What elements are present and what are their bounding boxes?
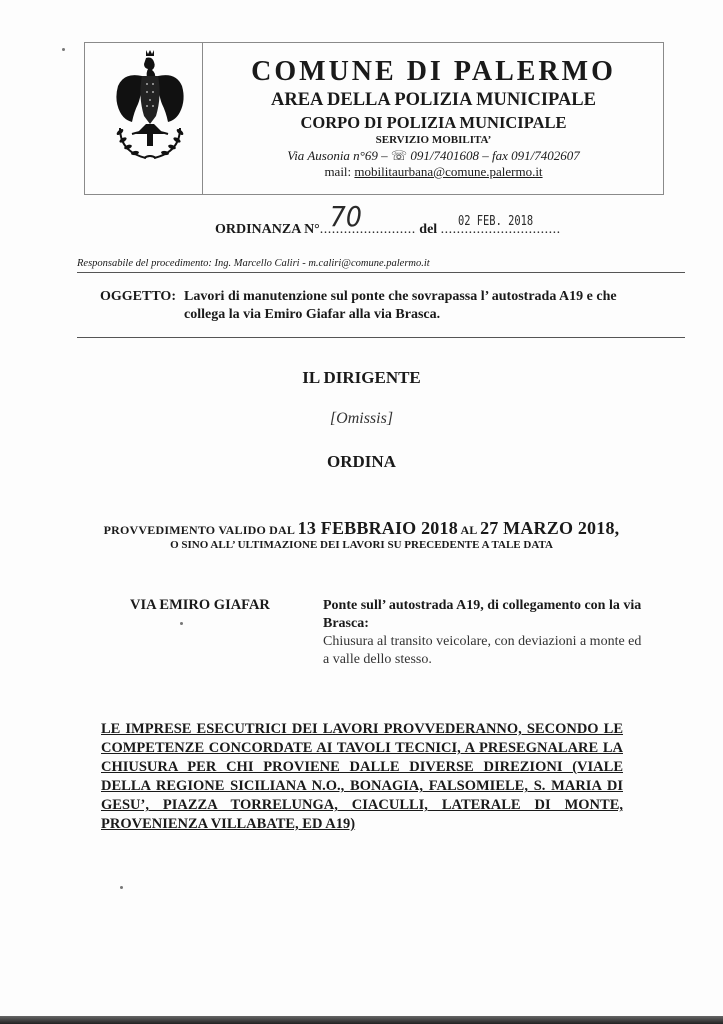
validity-condition: O SINO ALL’ ULTIMAZIONE DEI LAVORI SU PR… (0, 539, 723, 551)
validity-period: PROVVEDIMENTO VALIDO DAL 13 FEBBRAIO 201… (0, 518, 723, 539)
subject-label: OGGETTO: (100, 288, 184, 306)
orders-heading: ORDINA (0, 452, 723, 472)
service-name: SERVIZIO MOBILITA’ (203, 134, 664, 146)
department-area: AREA DELLA POLIZIA MUNICIPALE (203, 90, 664, 111)
measure-description: Chiusura al transito veicolare, con devi… (323, 633, 643, 669)
scan-bottom-edge (0, 1016, 723, 1024)
scan-speck (180, 622, 183, 625)
scan-speck (62, 48, 65, 51)
municipality-title: COMUNE DI PALERMO (203, 56, 664, 88)
validity-from: 13 FEBBRAIO 2018 (298, 518, 458, 538)
phone-fax-text: 091/7401608 – fax 091/7402607 (410, 148, 579, 163)
contact-mail: mail: mobilitaurbana@comune.palermo.it (203, 164, 664, 180)
palermo-eagle-crest-icon (112, 48, 188, 168)
ordinance-label: ORDINANZA N° (215, 222, 320, 237)
address-text: Via Ausonia n°69 – (287, 148, 387, 163)
scan-speck (120, 886, 123, 889)
contractor-notice: LE IMPRESE ESECUTRICI DEI LAVORI PROVVED… (101, 720, 623, 834)
measure-location: Ponte sull’ autostrada A19, di collegame… (323, 597, 643, 633)
divider (77, 337, 685, 338)
omissis-note: [Omissis] (0, 410, 723, 428)
subject-block: OGGETTO:Lavori di manutenzione sul ponte… (100, 288, 660, 324)
street-measure: Ponte sull’ autostrada A19, di collegame… (323, 597, 643, 669)
validity-mid: AL (460, 523, 476, 537)
date-label: del (419, 222, 437, 237)
validity-prefix: PROVVEDIMENTO VALIDO DAL (104, 523, 295, 537)
director-heading: IL DIRIGENTE (0, 368, 723, 388)
subject-line-1: Lavori di manutenzione sul ponte che sov… (184, 289, 617, 304)
subject-line-2: collega la via Emiro Giafar alla via Bra… (100, 306, 660, 324)
stamped-date: 02 FEB. 2018 (458, 214, 533, 229)
divider (77, 272, 685, 273)
department-corps: CORPO DI POLIZIA MUNICIPALE (203, 113, 664, 133)
street-name: VIA EMIRO GIAFAR (130, 597, 270, 614)
handwritten-ordinance-number: 70 (330, 200, 362, 233)
contact-address: Via Ausonia n°69 – ☏ 091/7401608 – fax 0… (203, 148, 664, 164)
mail-label: mail: (324, 164, 351, 179)
validity-to: 27 MARZO 2018, (480, 518, 619, 538)
telephone-icon: ☏ (391, 148, 407, 163)
procedure-manager: Responsabile del procedimento: Ing. Marc… (77, 258, 430, 269)
mail-link[interactable]: mobilitaurbana@comune.palermo.it (354, 164, 542, 179)
